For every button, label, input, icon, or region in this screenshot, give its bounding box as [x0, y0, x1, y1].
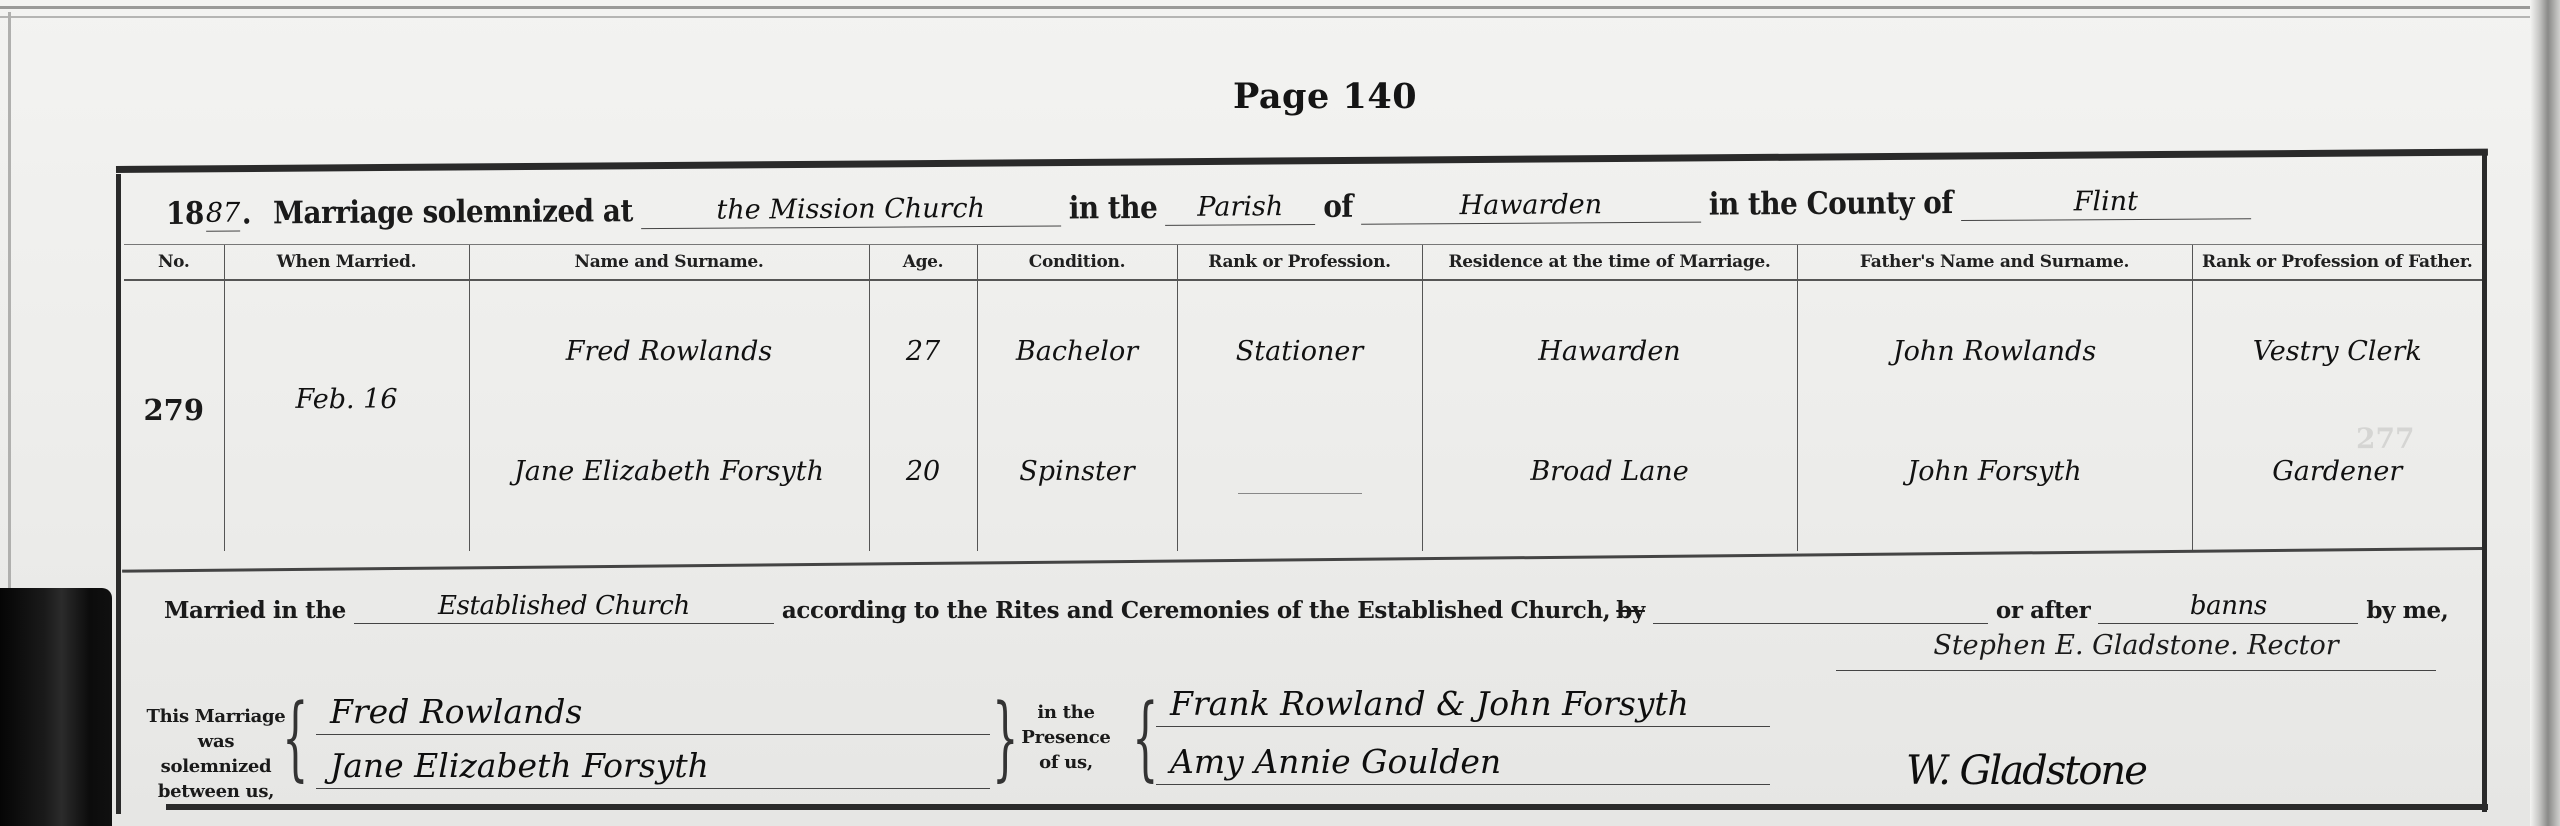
presence-label: in the Presence of us,: [1016, 700, 1116, 775]
cell-conditions: Bachelor Spinster: [977, 280, 1177, 551]
groom-residence: Hawarden: [1423, 336, 1797, 367]
groom-father-profession: Vestry Clerk: [2193, 336, 2483, 367]
col-residence: Residence at the time of Marriage.: [1422, 245, 1797, 281]
cell-residences: Hawarden Broad Lane: [1422, 280, 1797, 551]
col-condition: Condition.: [977, 245, 1177, 281]
marriage-register-form: 18 87 . Marriage solemnized at the Missi…: [116, 152, 2488, 812]
county-label: in the County of: [1709, 185, 1953, 222]
register-table: No. When Married. Name and Surname. Age.…: [124, 244, 2482, 551]
entry-number: 279: [124, 393, 224, 427]
bride-father-profession: Gardener: [2193, 456, 2483, 487]
year-dot: .: [242, 195, 251, 231]
table-header-row: No. When Married. Name and Surname. Age.…: [124, 245, 2482, 281]
in-the-label: in the: [1069, 190, 1158, 227]
groom-condition: Bachelor: [978, 336, 1177, 367]
cell-father-names: John Rowlands John Forsyth: [1797, 280, 2192, 551]
cell-father-professions: Vestry Clerk Gardener: [2192, 280, 2482, 551]
parish-field: Hawarden: [1361, 189, 1701, 225]
between-label-line-3: between us,: [146, 779, 286, 804]
between-label-line-2: was solemnized: [146, 729, 286, 779]
district-type-field: Parish: [1165, 191, 1315, 226]
bride-father-name: John Forsyth: [1798, 456, 2192, 487]
register-header: 18 87 . Marriage solemnized at the Missi…: [166, 166, 2466, 232]
groom-name: Fred Rowlands: [470, 336, 869, 367]
form-right-border: [2482, 152, 2487, 812]
bookmark-cloth: [0, 588, 112, 826]
officiant-signature: Stephen E. Gladstone. Rector: [1836, 630, 2436, 671]
bride-condition: Spinster: [978, 456, 1177, 487]
bride-signature: Jane Elizabeth Forsyth: [316, 746, 990, 789]
col-father-name: Father's Name and Surname.: [1797, 245, 2192, 281]
cell-professions: Stationer: [1177, 280, 1422, 551]
form-left-border: [116, 174, 121, 814]
cell-names: Fred Rowlands Jane Elizabeth Forsyth: [469, 280, 869, 551]
or-after-label: or after: [1996, 597, 2090, 624]
right-brace: {: [1132, 692, 1158, 784]
bride-profession-dash: [1238, 493, 1362, 494]
presence-label-line-1: in the: [1016, 700, 1116, 725]
witness-signature-2: Amy Annie Goulden: [1156, 742, 1770, 785]
book-edge-rule-inner: [0, 16, 2560, 18]
solemnized-label: Marriage solemnized at: [273, 193, 633, 231]
col-father-profession: Rank or Profession of Father.: [2192, 245, 2482, 281]
cell-ages: 27 20: [869, 280, 977, 551]
by-label: by: [1616, 597, 1645, 624]
book-edge-rule: [0, 6, 2560, 9]
cell-no: 279: [124, 280, 224, 551]
col-no: No.: [124, 245, 224, 281]
by-me-label: by me,: [2366, 597, 2448, 624]
bleed-through-text: 277: [2356, 422, 2414, 455]
rites-label: according to the Rites and Ceremonies of…: [782, 597, 1610, 624]
groom-profession: Stationer: [1178, 336, 1422, 367]
cell-when-married: Feb. 16: [224, 280, 469, 551]
groom-signature: Fred Rowlands: [316, 692, 990, 735]
form-bottom-border: [166, 804, 2488, 810]
col-name: Name and Surname.: [469, 245, 869, 281]
place-field: the Mission Church: [641, 193, 1061, 230]
bride-age: 20: [870, 456, 977, 487]
church-type-field: Established Church: [354, 591, 774, 624]
year-prefix: 18: [166, 196, 204, 232]
bride-name: Jane Elizabeth Forsyth: [470, 456, 869, 487]
left-brace: {: [282, 692, 308, 784]
col-when-married: When Married.: [224, 245, 469, 281]
or-after-field: banns: [2098, 591, 2358, 624]
col-age: Age.: [869, 245, 977, 281]
middle-brace: }: [992, 692, 1018, 784]
between-us-label: This Marriage was solemnized between us,: [146, 704, 286, 804]
county-field: Flint: [1961, 185, 2251, 221]
page-title: Page 140: [1233, 76, 1417, 117]
table-row: 279 Feb. 16 Fred Rowlands Jane Elizabeth…: [124, 280, 2482, 551]
groom-age: 27: [870, 336, 977, 367]
presence-label-line-3: of us,: [1016, 750, 1116, 775]
bride-residence: Broad Lane: [1423, 456, 1797, 487]
book-binding: [2530, 0, 2560, 826]
year-suffix: 87: [206, 198, 240, 232]
marriage-date: Feb. 16: [225, 384, 469, 415]
witness-signature-1: Frank Rowland & John Forsyth: [1156, 684, 1770, 727]
ceremony-line: Married in the Established Church accord…: [164, 584, 2464, 624]
married-in-label: Married in the: [164, 597, 346, 624]
by-field: [1653, 621, 1988, 624]
col-profession: Rank or Profession.: [1177, 245, 1422, 281]
presence-label-line-2: Presence: [1016, 725, 1116, 750]
between-label-line-1: This Marriage: [146, 704, 286, 729]
groom-father-name: John Rowlands: [1798, 336, 2192, 367]
of-label: of: [1323, 189, 1353, 225]
rector-signature: W. Gladstone: [1906, 748, 2286, 794]
